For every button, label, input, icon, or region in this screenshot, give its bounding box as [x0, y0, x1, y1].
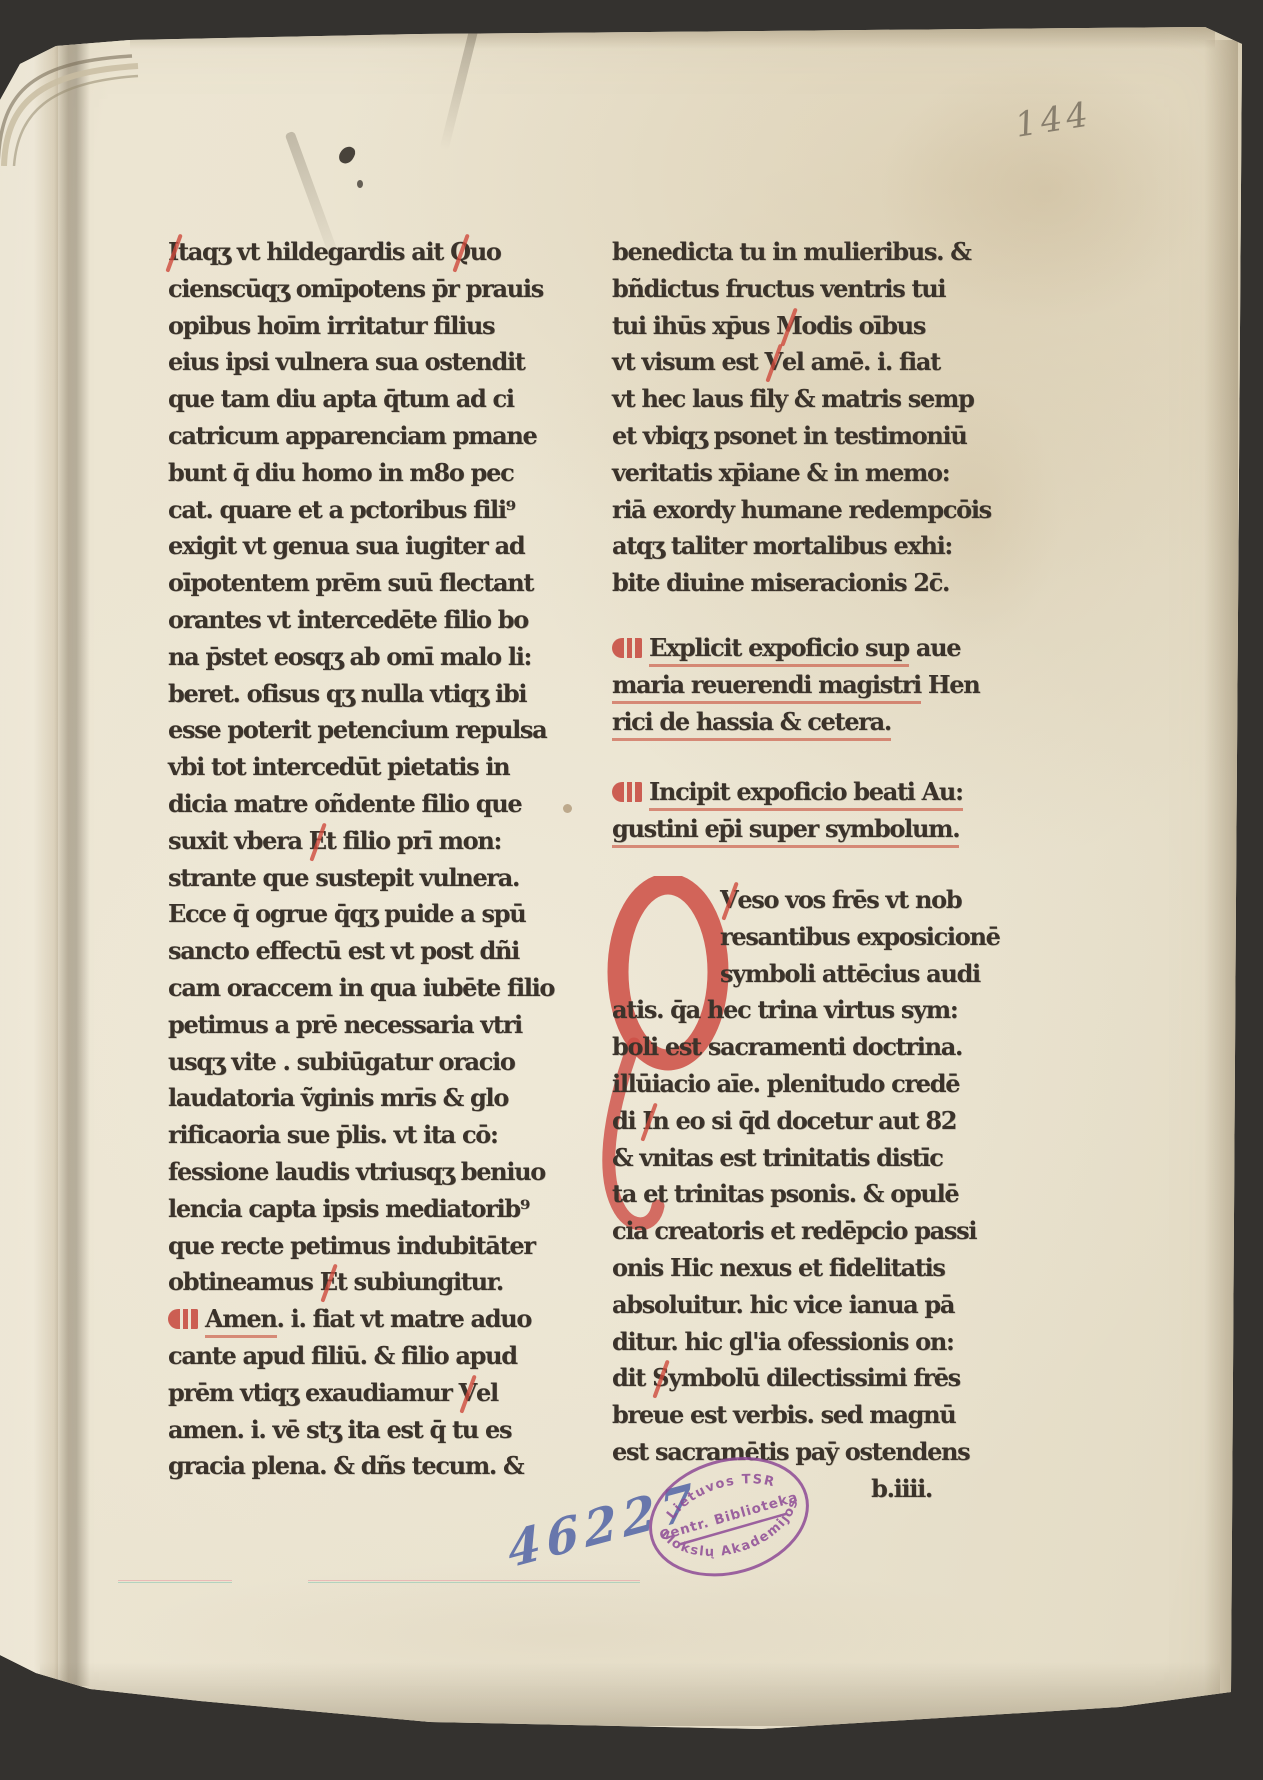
text-line: benedicta tu in mulieribus. & [612, 234, 932, 271]
text-line: bñdictus fructus ventris tui [612, 271, 932, 308]
text-line: laudatoria ṽginis mrīs & glo [168, 1080, 488, 1117]
rubric-underline: Explicit expoficio sup [649, 633, 909, 667]
text-line: Itaqʒ vt hildegardis ait Quo [168, 234, 488, 271]
text-line: strante que sustepit vulnera. [168, 860, 488, 897]
rubricated-capital: E [320, 1264, 337, 1301]
text-line: fessione laudis vtriusqʒ beniuo [168, 1154, 488, 1191]
text-line: boli est sacramenti doctrina. [612, 1029, 932, 1066]
text-line: riā exordy humane redempcōis [612, 492, 932, 529]
text-line: dicia matre oñdente filio que [168, 786, 488, 823]
text-line: Incipit expoficio beati Au: [612, 774, 932, 811]
text-line: vt visum est Vel amē. i. fiat [612, 344, 932, 381]
text-line: cienscūqʒ omīpotens p̄r prauis [168, 271, 488, 308]
text-line: cat. quare et a pctoribus fili⁹ [168, 492, 488, 529]
text-line: oīpotentem prēm suū flectant [168, 565, 488, 602]
text-line: & vnitas est trinitatis distīc [612, 1140, 932, 1177]
text-line: gracia plena. & dñs tecum. & [168, 1448, 488, 1485]
rubricated-capital: V [720, 882, 737, 919]
rubric-underline: rici de hassia & cetera. [612, 707, 891, 741]
text-line: atqʒ taliter mortalibus exhi: [612, 528, 932, 565]
text-line: vt hec laus fily & matris semp [612, 381, 932, 418]
gutter-shadow [0, 26, 130, 146]
ink-spot [337, 144, 358, 166]
text-line: que recte petimus indubitāter [168, 1228, 488, 1265]
page-edge-strip [0, 40, 58, 1680]
page-edge-shadow [130, 27, 1215, 49]
text-line: cam oraccem in qua iubēte filio [168, 970, 488, 1007]
text-line: ditur. hic gl'ia ofessionis on: [612, 1324, 932, 1361]
text-line: catricum apparenciam pmane [168, 418, 488, 455]
rubric-underline: maria reuerendi magistri [612, 670, 921, 704]
rubricated-capital: I [642, 1103, 652, 1140]
rubric-pilcrow [168, 1309, 198, 1329]
rubricated-capital: V [459, 1375, 476, 1412]
rubricated-capital: V [764, 344, 781, 381]
text-line: sancto effectū est vt post dñi [168, 933, 488, 970]
text-line: Ecce q̄ ogrue q̄qʒ puide a spū [168, 896, 488, 933]
rubricated-capital: E [309, 823, 326, 860]
text-line: breue est verbis. sed magnū [612, 1397, 932, 1434]
scanned-book-page: Itaqʒ vt hildegardis ait Quocienscūqʒ om… [0, 0, 1263, 1780]
text-line: rici de hassia & cetera. [612, 704, 932, 741]
text-line: veritatis xp̄iane & in memo: [612, 455, 932, 492]
rubricated-capital: M [776, 308, 801, 345]
text-line: amen. i. vē stʒ ita est q̄ tu es [168, 1412, 488, 1449]
text-line: et vbiqʒ psonet in testimoniū [612, 418, 932, 455]
rubric-underline: Amen [205, 1304, 277, 1338]
text-line: que tam diu apta q̄tum ad ci [168, 381, 488, 418]
text-line: obtineamus Et subiungitur. [168, 1264, 488, 1301]
scan-artifact-line [308, 1580, 640, 1583]
rubricated-capital: Q [450, 234, 470, 271]
text-column-right: benedicta tu in mulieribus. &bñdictus fr… [612, 234, 932, 1508]
text-line: vbi tot intercedūt pietatis in [168, 749, 488, 786]
rubricated-capital: S [652, 1360, 668, 1397]
text-line: ta et trinitas psonis. & opulē [612, 1176, 932, 1213]
page-edge-shadow [40, 1662, 1220, 1726]
text-column-left: Itaqʒ vt hildegardis ait Quocienscūqʒ om… [168, 234, 488, 1485]
text-line: dit Symbolū dilectissimi frēs [612, 1360, 932, 1397]
text-line: suxit vbera Et filio prī mon: [168, 823, 488, 860]
page-edge-shadow [1204, 40, 1238, 1700]
text-line: cante apud filiū. & filio apud [168, 1338, 488, 1375]
text-line: symboli attēcius audi [612, 956, 932, 993]
text-line: gustini ep̄i super symbolum. [612, 811, 932, 848]
text-line: lencia capta ipsis mediatorib⁹ [168, 1191, 488, 1228]
rubricated-capital: I [168, 234, 178, 271]
text-line: cia creatoris et redēpcio passi [612, 1213, 932, 1250]
gutter-crease [54, 44, 90, 1686]
rubric-pilcrow [612, 782, 642, 802]
text-line: Veso vos frēs vt nob [612, 882, 932, 919]
text-line: usqʒ vite . subiūgatur oracio [168, 1044, 488, 1081]
paper-stain [120, 1560, 1020, 1710]
text-line: resantibus exposicionē [612, 919, 932, 956]
text-line: esse poterit petencium repulsa [168, 712, 488, 749]
text-line: tui ihūs xp̄us Modis oībus [612, 308, 932, 345]
text-line: Amen. i. fiat vt matre aduo [168, 1301, 488, 1338]
text-line: onis Hic nexus et fidelitatis [612, 1250, 932, 1287]
text-line: bunt q̄ diu homo in m8o pec [168, 455, 488, 492]
text-line: prēm vtiqʒ exaudiamur Vel [168, 1375, 488, 1412]
text-line: illūiacio aīe. plenitudo credē [612, 1066, 932, 1103]
text-line: na p̄stet eosqʒ ab omī malo li: [168, 639, 488, 676]
rubric-underline: Incipit expoficio beati Au: [649, 777, 963, 811]
text-line: eius ipsi vulnera sua ostendit [168, 344, 488, 381]
text-line: exigit vt genua sua iugiter ad [168, 528, 488, 565]
folio-number-pencil: 144 [1012, 94, 1094, 146]
text-line: absoluitur. hic vice ianua pā [612, 1287, 932, 1324]
text-line: atis. q̄a hec trina virtus sym: [612, 992, 932, 1029]
text-line: Explicit expoficio sup aue [612, 630, 932, 667]
paper-stain [563, 804, 572, 813]
ink-smudge [439, 23, 479, 151]
text-line: petimus a prē necessaria vtri [168, 1007, 488, 1044]
text-line: orantes vt intercedēte filio bo [168, 602, 488, 639]
text-line: di In eo si q̄d docetur aut 82 [612, 1103, 932, 1140]
text-line: bite diuine miseracionis 2c̄. [612, 565, 932, 602]
text-line: maria reuerendi magistri Hen [612, 667, 932, 704]
text-line: beret. ofisus qʒ nulla vtiqʒ ibi [168, 676, 488, 713]
spine-page-curls-icon [0, 26, 146, 166]
text-line: rificaoria sue p̄lis. vt ita cō: [168, 1117, 488, 1154]
rubric-pilcrow [612, 638, 642, 658]
rubric-underline: gustini ep̄i super symbolum. [612, 814, 959, 848]
page-paper: Itaqʒ vt hildegardis ait Quocienscūqʒ om… [0, 0, 1263, 1780]
text-line: opibus hoīm irritatur filius [168, 308, 488, 345]
scan-artifact-line [118, 1580, 232, 1583]
ink-spot [357, 180, 363, 188]
